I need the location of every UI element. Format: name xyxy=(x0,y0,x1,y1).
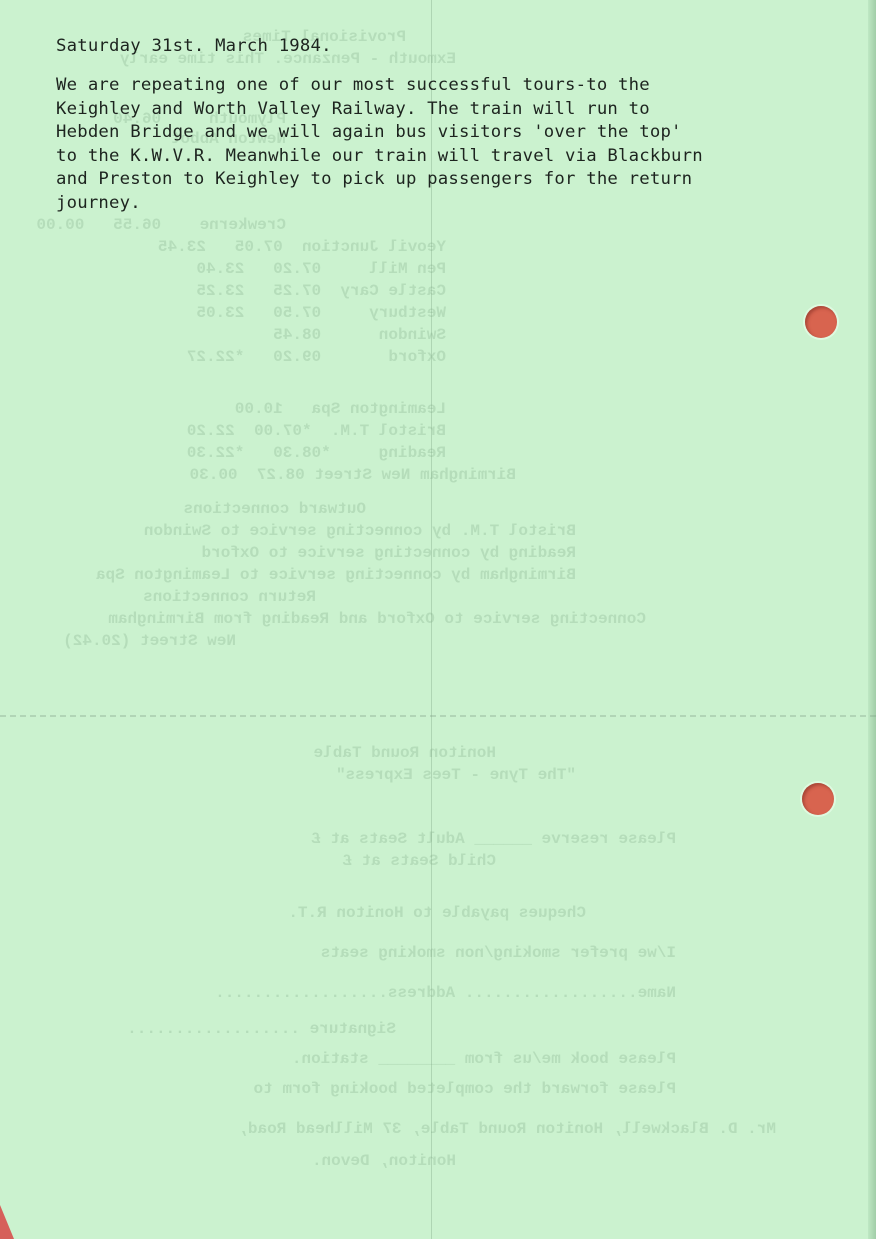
body-line: to the K.W.V.R. Meanwhile our train will… xyxy=(56,145,846,169)
ghost-line: Leamington Spa 10.00 xyxy=(235,400,446,418)
ghost-line: Child Seats at £ xyxy=(342,852,496,870)
ghost-line: Return connections xyxy=(143,588,316,606)
ghost-line: "The Tyne - Tees Express" xyxy=(336,766,576,784)
ghost-line: Swindon 08.45 xyxy=(273,326,446,344)
ghost-line: Oxford 09.20 *22.27 xyxy=(187,348,446,366)
body-line: journey. xyxy=(56,192,846,216)
punch-hole-bottom xyxy=(802,783,834,815)
ghost-line: Pen Mill 07.20 23.40 xyxy=(196,260,446,278)
ghost-line: Please reserve ______ Adult Seats at £ xyxy=(311,830,676,848)
body-line: Keighley and Worth Valley Railway. The t… xyxy=(56,98,846,122)
punch-hole-top xyxy=(805,306,837,338)
ghost-line: Birmingham by connecting service to Leam… xyxy=(96,566,576,584)
ghost-line: Yeovil Junction 07.05 23.45 xyxy=(158,238,446,256)
body-line: Hebden Bridge and we will again bus visi… xyxy=(56,121,846,145)
ghost-line: Honiton, Devon. xyxy=(312,1152,456,1170)
ghost-line: Please book me/us from ________ station. xyxy=(292,1050,676,1068)
ghost-line: Crewkerne 06.55 00.00 xyxy=(36,216,286,234)
ghost-line: Reading *08.30 *22.30 xyxy=(187,444,446,462)
ghost-line: Connecting service to Oxford and Reading… xyxy=(108,610,646,628)
page-right-edge-shadow xyxy=(868,0,876,1239)
ghost-line: Cheques payable to Honiton R.T. xyxy=(288,904,586,922)
typed-notice: Saturday 31st. March 1984. We are repeat… xyxy=(56,34,846,216)
ghost-line: Bristol T.M. by connecting service to Sw… xyxy=(144,522,576,540)
ghost-line: Mr. D. Blackwell, Honiton Round Table, 3… xyxy=(238,1120,776,1138)
page-corner-backing xyxy=(0,1205,14,1239)
ghost-line: Outward connections xyxy=(184,500,366,518)
ghost-line: Please forward the completed booking for… xyxy=(254,1080,676,1098)
ghost-line: Signature .................. xyxy=(127,1020,396,1038)
ghost-line: Bristol T.M. *07.00 22.20 xyxy=(187,422,446,440)
ghost-line: Name.................. Address..........… xyxy=(215,984,676,1002)
ghost-line: I/we prefer smoking/non smoking seats xyxy=(321,944,676,962)
horizontal-fold-line xyxy=(0,715,876,717)
ghost-line: Castle Cary 07.25 23.25 xyxy=(196,282,446,300)
ghost-line: Birmingham New Street 08.27 00.30 xyxy=(190,466,516,484)
ghost-line: Westbury 07.50 23.05 xyxy=(196,304,446,322)
body-line: We are repeating one of our most success… xyxy=(56,74,846,98)
paper-page: Provisional Times Exmouth - Penzance. Th… xyxy=(0,0,876,1239)
ghost-line: Honiton Round Table xyxy=(314,744,496,762)
ghost-line: Reading by connecting service to Oxford xyxy=(202,544,576,562)
ghost-line: New Street (20.42) xyxy=(63,632,236,650)
body-line: and Preston to Keighley to pick up passe… xyxy=(56,168,846,192)
date-heading: Saturday 31st. March 1984. xyxy=(56,34,846,58)
